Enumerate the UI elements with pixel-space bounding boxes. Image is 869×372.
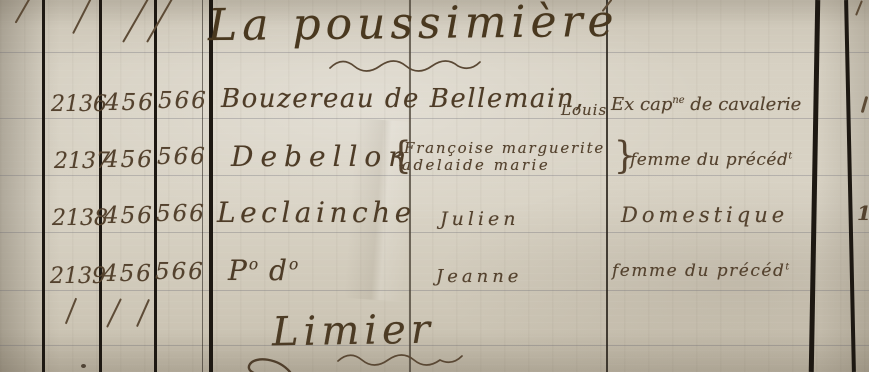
row-number: 2137	[54, 149, 110, 174]
given-names-line1: Françoise marguerite	[404, 139, 605, 157]
descender-stroke	[136, 299, 150, 327]
column-rule	[154, 0, 157, 372]
ref-b: 566	[155, 259, 205, 285]
baseline-rule	[0, 290, 869, 291]
column-rule	[42, 0, 45, 372]
surname: Leclainche	[217, 196, 416, 229]
column-rule	[202, 0, 203, 372]
section-heading-top: La poussimière	[208, 0, 619, 51]
baseline-rule	[0, 52, 869, 53]
column-rule	[99, 0, 102, 372]
ref-a: 456	[104, 203, 154, 229]
surname: Bouzereau de Bellemain,	[221, 84, 585, 114]
right-shadow	[814, 0, 869, 372]
ref-b: 566	[157, 144, 207, 170]
heading-flourish	[336, 352, 486, 368]
occupation: femme du précédt	[630, 150, 792, 170]
heading-flourish	[328, 58, 493, 74]
column-rule	[606, 0, 608, 372]
given-names-line2: adelaide marie	[402, 156, 550, 174]
occupation: femme du précédt	[612, 261, 789, 281]
given-names: Louis	[561, 101, 607, 119]
ref-b: 566	[158, 88, 208, 114]
occupation: Domestique	[621, 203, 788, 227]
cutoff-letter-stroke	[240, 356, 300, 372]
descender-stroke	[106, 298, 122, 328]
surname-abbreviated: Po do	[228, 254, 298, 287]
baseline-rule	[0, 175, 869, 176]
row-number: 2136	[51, 92, 107, 117]
ink-dot	[81, 364, 86, 368]
ref-a: 456	[105, 90, 155, 116]
occupation: Ex capne de cavalerie	[611, 94, 801, 115]
section-heading-bottom: Limier	[272, 307, 436, 356]
manuscript-register-photo: La poussimière 2136 456 566 Bouzereau de…	[0, 0, 869, 372]
descender-stroke	[65, 298, 77, 325]
column-rule	[209, 0, 213, 372]
ref-b: 566	[156, 201, 206, 227]
ref-a: 456	[103, 261, 153, 287]
given-names: Jeanne	[436, 266, 522, 287]
given-names: Julien	[440, 208, 520, 230]
row-number: 2138	[52, 206, 108, 231]
row-number: 2139	[50, 264, 106, 289]
baseline-rule	[0, 232, 869, 233]
surname: Debellon	[231, 140, 413, 173]
left-shadow	[0, 0, 60, 372]
baseline-rule	[0, 118, 869, 119]
margin-note: 1	[857, 201, 869, 225]
ref-a: 456	[104, 147, 154, 173]
